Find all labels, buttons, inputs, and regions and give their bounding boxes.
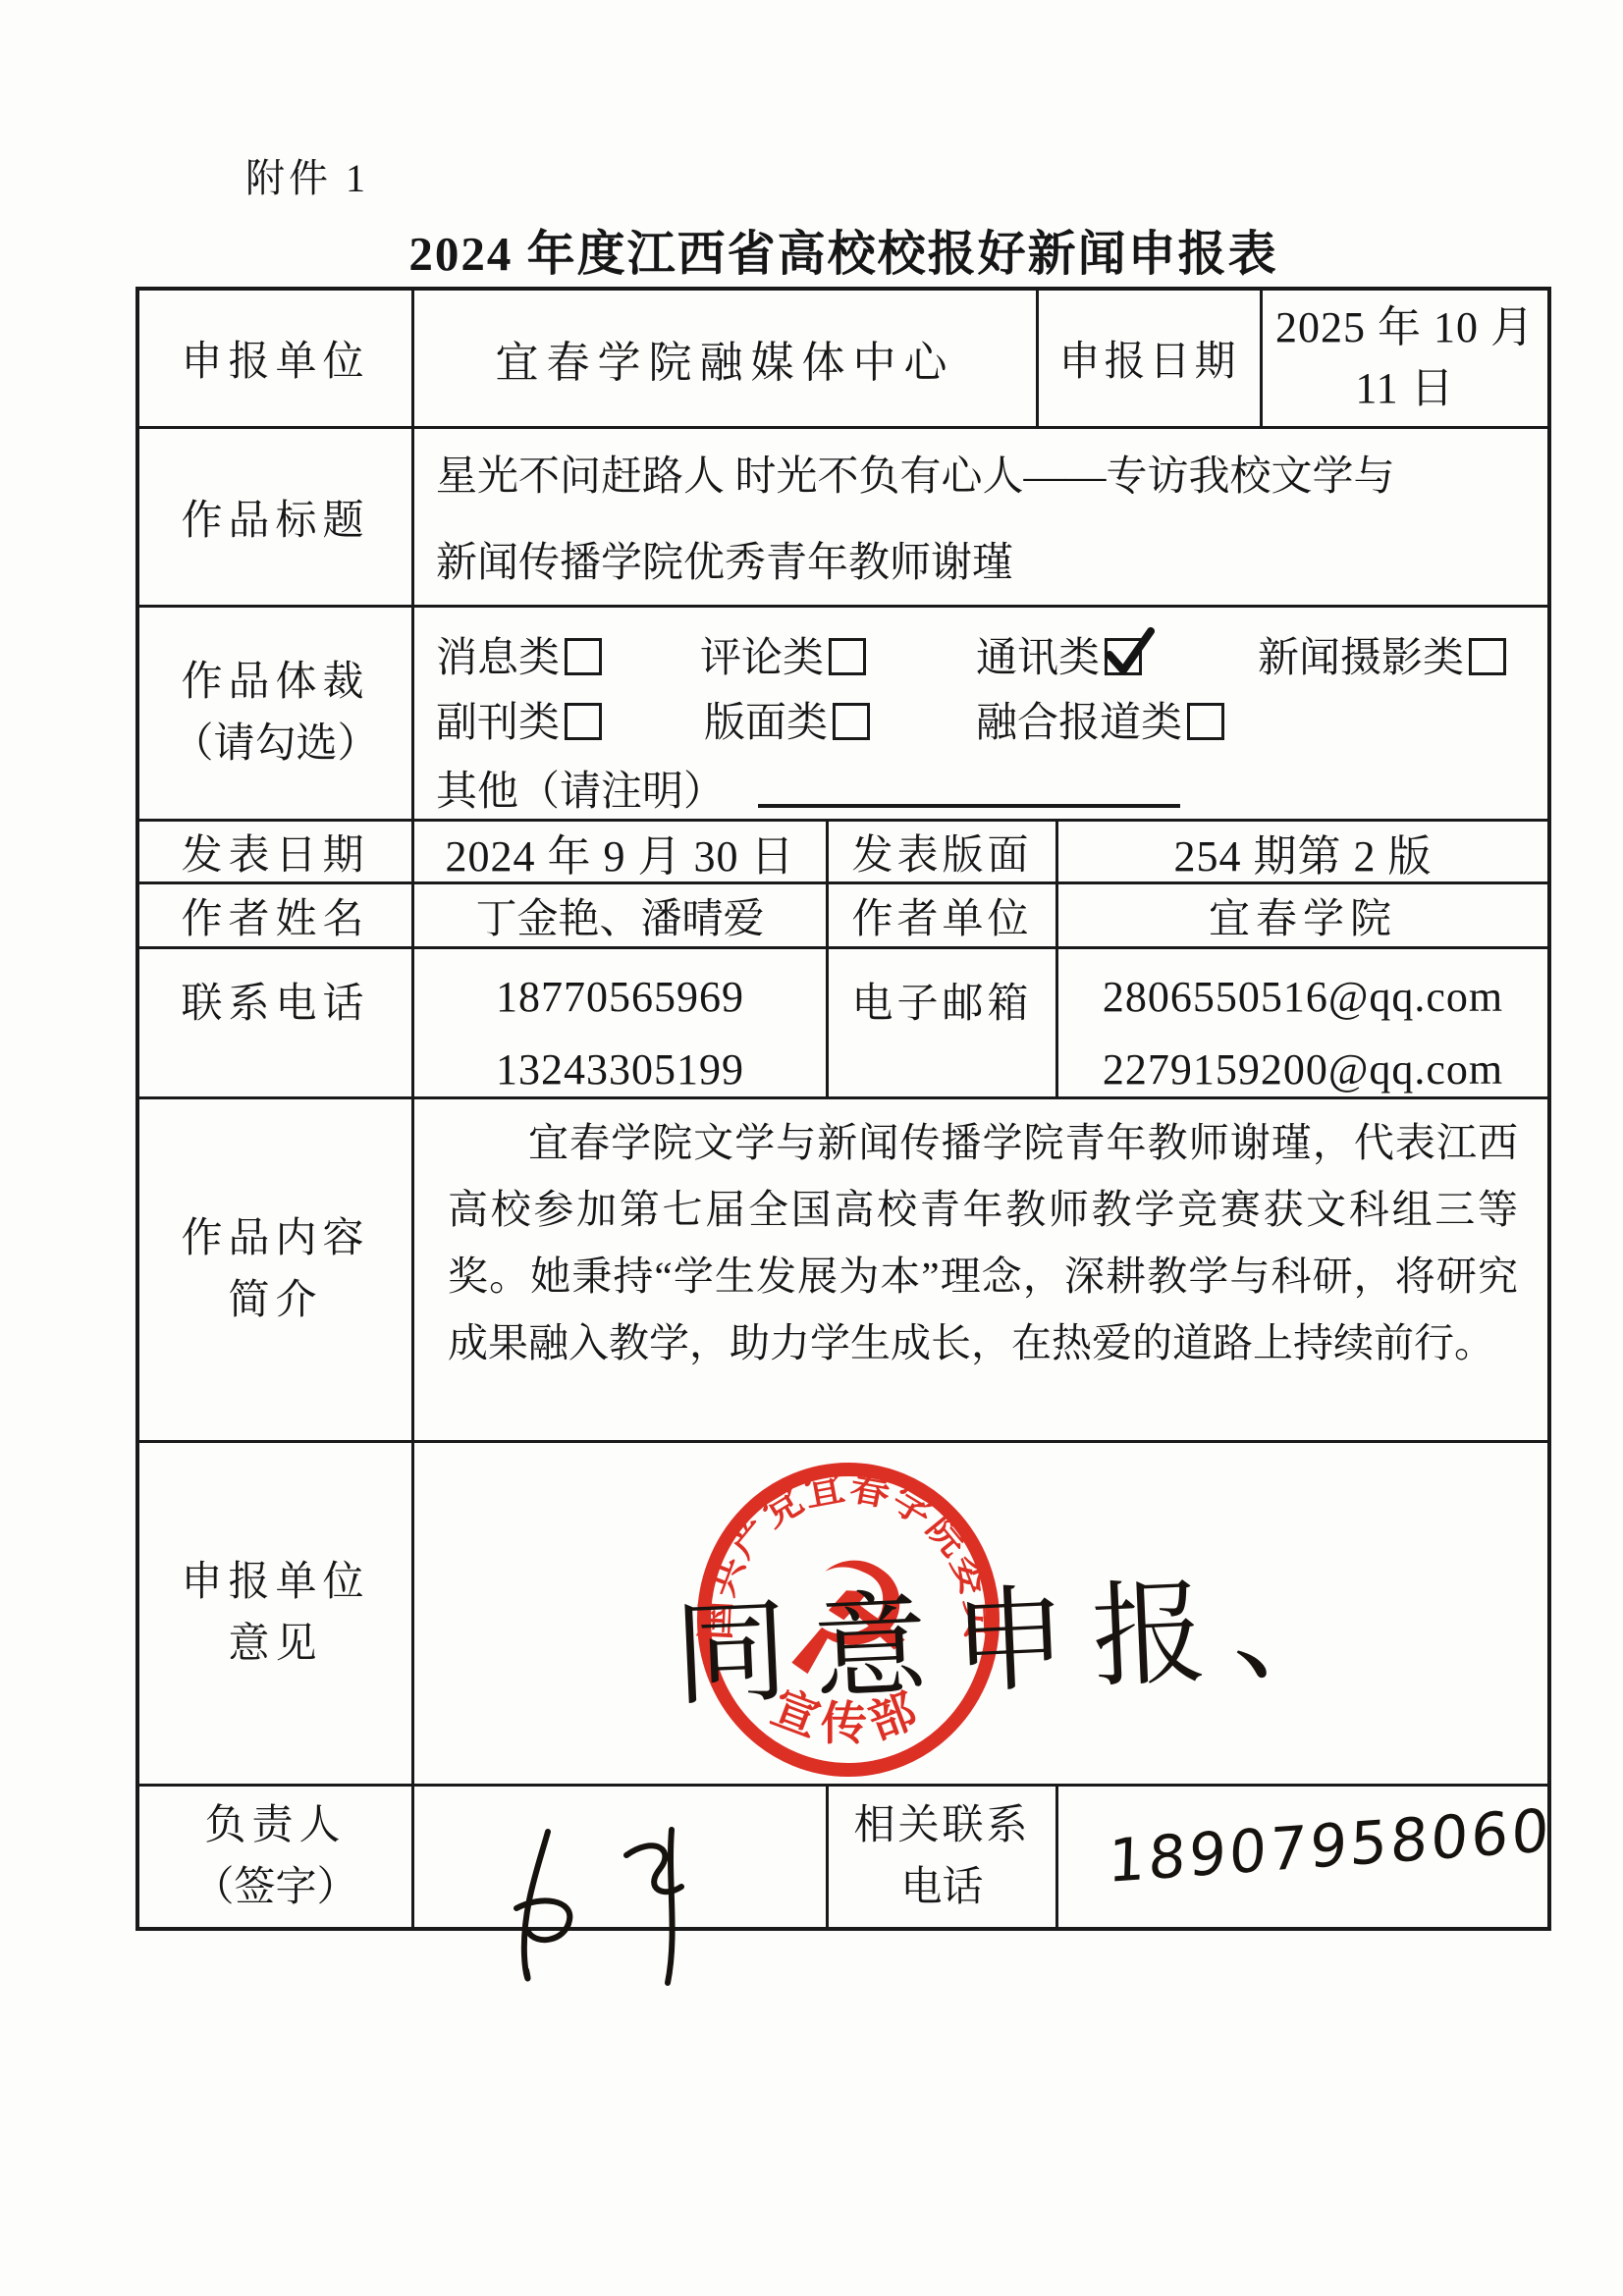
row-author: 作者姓名 丁金艳、潘晴爱 作者单位 宜春学院 <box>139 881 1547 946</box>
declare-date-line1: 2025 年 10 月 <box>1275 297 1535 358</box>
genre-options: 消息类 评论类 通讯类 新闻摄影类 副刊类 版面类 融合报道类 其他（请注明） <box>411 608 1547 819</box>
work-title-label: 作品标题 <box>139 429 411 605</box>
email-line2: 2279159200@qq.com <box>1103 1034 1503 1106</box>
checkbox-converged[interactable] <box>1187 703 1224 740</box>
row-contact: 联系电话 18770565969 13243305199 电子邮箱 280655… <box>139 946 1547 1096</box>
checkbox-layout[interactable] <box>833 703 870 740</box>
responsible-label: 负责人 （签字） <box>139 1787 411 1927</box>
phone-line1: 18770565969 <box>496 961 744 1034</box>
row-genre: 作品体裁 （请勾选） 消息类 评论类 通讯类 新闻摄影类 副刊类 版面类 融合报… <box>139 605 1547 819</box>
attachment-label: 附件 1 <box>245 147 369 203</box>
genre-other-label: 其他（请注明） <box>436 759 725 818</box>
declare-date-label: 申报日期 <box>1036 291 1260 426</box>
work-title-value: 星光不问赶路人 时光不负有心人——专访我校文学与 新闻传播学院优秀青年教师谢瑾 <box>411 429 1547 605</box>
checkbox-communication[interactable] <box>1105 638 1142 675</box>
row-summary: 作品内容 简介 宜春学院文学与新闻传播学院青年教师谢瑾，代表江西高校参加第七届全… <box>139 1096 1547 1440</box>
genre-option-photo: 新闻摄影类 <box>1258 625 1464 684</box>
summary-paragraph: 宜春学院文学与新闻传播学院青年教师谢瑾，代表江西高校参加第七届全国高校青年教师教… <box>414 1099 1547 1376</box>
scanned-application-form-page: 附件 1 2024 年度江西省高校校报好新闻申报表 申报单位 宜春学院融媒体中心… <box>0 0 1623 2296</box>
genre-options-row1: 消息类 评论类 通讯类 新闻摄影类 <box>436 622 1506 687</box>
genre-label: 作品体裁 （请勾选） <box>139 608 411 819</box>
genre-options-row2: 副刊类 版面类 融合报道类 <box>436 687 1224 752</box>
row-declare-unit: 申报单位 宜春学院融媒体中心 申报日期 2025 年 10 月 11 日 <box>139 291 1547 426</box>
genre-option-comment: 评论类 <box>700 625 824 684</box>
genre-option-communication: 通讯类 <box>976 625 1100 684</box>
work-title-line1: 星光不问赶路人 时光不负有心人——专访我校文学与 <box>436 434 1528 520</box>
checkbox-news[interactable] <box>565 638 602 675</box>
phone-label: 联系电话 <box>139 949 411 1096</box>
publish-page-value: 254 期第 2 版 <box>1055 822 1547 881</box>
author-unit-value: 宜春学院 <box>1055 884 1547 946</box>
email-label: 电子邮箱 <box>826 949 1055 1096</box>
author-name-label: 作者姓名 <box>139 884 411 946</box>
handwritten-approval-note: 同意申报、 <box>671 1534 1375 1729</box>
declare-date-value: 2025 年 10 月 11 日 <box>1260 291 1547 426</box>
contact-phone-label: 相关联系 电话 <box>826 1787 1055 1927</box>
genre-option-supplement: 副刊类 <box>436 690 560 749</box>
phone-value: 18770565969 13243305199 <box>411 949 826 1096</box>
author-unit-label: 作者单位 <box>826 884 1055 946</box>
phone-line2: 13243305199 <box>496 1034 744 1106</box>
genre-other-blank[interactable] <box>758 769 1180 808</box>
publish-page-label: 发表版面 <box>826 822 1055 881</box>
genre-option-news: 消息类 <box>436 625 560 684</box>
author-name-value: 丁金艳、潘晴爱 <box>411 884 826 946</box>
unit-opinion-label: 申报单位 意见 <box>139 1443 411 1784</box>
email-line1: 2806550516@qq.com <box>1103 961 1503 1034</box>
row-work-title: 作品标题 星光不问赶路人 时光不负有心人——专访我校文学与 新闻传播学院优秀青年… <box>139 426 1547 605</box>
declare-unit-value: 宜春学院融媒体中心 <box>411 291 1036 426</box>
summary-label: 作品内容 简介 <box>139 1099 411 1440</box>
page-title: 2024 年度江西省高校校报好新闻申报表 <box>135 216 1551 285</box>
signature-handwriting <box>479 1818 705 1990</box>
publish-date-value: 2024 年 9 月 30 日 <box>411 822 826 881</box>
work-title-line2: 新闻传播学院优秀青年教师谢瑾 <box>436 520 1528 607</box>
checkbox-photo[interactable] <box>1469 638 1506 675</box>
declare-unit-label: 申报单位 <box>139 291 411 426</box>
row-publish-date: 发表日期 2024 年 9 月 30 日 发表版面 254 期第 2 版 <box>139 819 1547 881</box>
checkbox-supplement[interactable] <box>565 703 602 740</box>
genre-option-converged: 融合报道类 <box>976 690 1182 749</box>
email-value: 2806550516@qq.com 2279159200@qq.com <box>1055 949 1547 1096</box>
publish-date-label: 发表日期 <box>139 822 411 881</box>
declare-date-line2: 11 日 <box>1355 358 1454 419</box>
checkbox-comment[interactable] <box>829 638 866 675</box>
genre-other-row: 其他（请注明） <box>436 756 1180 821</box>
summary-value: 宜春学院文学与新闻传播学院青年教师谢瑾，代表江西高校参加第七届全国高校青年教师教… <box>411 1099 1547 1440</box>
genre-option-layout: 版面类 <box>704 690 828 749</box>
